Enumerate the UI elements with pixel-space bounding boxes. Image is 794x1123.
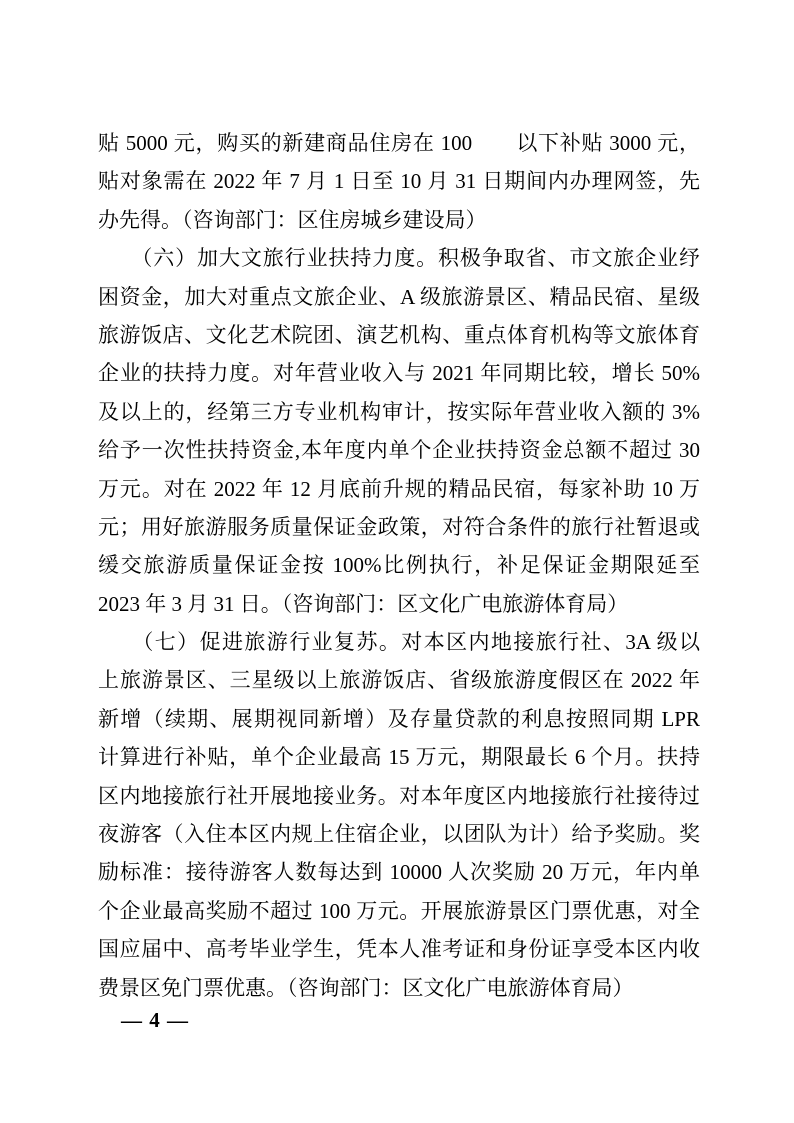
text-line: 上旅游景区、三星级以上旅游饭店、省级旅游度假区在 2022 年 [98,661,700,699]
text-line: 计算进行补贴，单个企业最高 15 万元，期限最长 6 个月。扶持 [98,738,700,776]
text-line: 办先得。（咨询部门：区住房城乡建设局） [98,201,700,239]
text-line: 国应届中、高考毕业学生，凭本人准考证和身份证享受本区内收 [98,930,700,968]
text-line: 区内地接旅行社开展地接业务。对本年度区内地接旅行社接待过 [98,777,700,815]
text-line: 费景区免门票优惠。（咨询部门：区文化广电旅游体育局） [98,969,700,1007]
text-line: 万元。对在 2022 年 12 月底前升规的精品民宿，每家补助 10 万 [98,470,700,508]
text-line: 个企业最高奖励不超过 100 万元。开展旅游景区门票优惠，对全 [98,892,700,930]
text-line: 2023 年 3 月 31 日。（咨询部门：区文化广电旅游体育局） [98,585,700,623]
text-line: 困资金，加大对重点文旅企业、A 级旅游景区、精品民宿、星级 [98,278,700,316]
paragraph: 贴 5000 元，购买的新建商品住房在 100 以下补贴 3000 元，补贴对象… [98,124,700,239]
text-line: 缓交旅游质量保证金按 100%比例执行，补足保证金期限延至 [98,546,700,584]
paragraph: （六）加大文旅行业扶持力度。积极争取省、市文旅企业纾困资金，加大对重点文旅企业、… [98,239,700,623]
text-line: （七）促进旅游行业复苏。对本区内地接旅行社、3A 级以 [98,623,700,661]
text-line: 贴对象需在 2022 年 7 月 1 日至 10 月 31 日期间内办理网签，先 [98,162,700,200]
text-line: 旅游饭店、文化艺术院团、演艺机构、重点体育机构等文旅体育 [98,316,700,354]
text-line: 新增（续期、展期视同新增）及存量贷款的利息按照同期 LPR [98,700,700,738]
paragraph: （七）促进旅游行业复苏。对本区内地接旅行社、3A 级以上旅游景区、三星级以上旅游… [98,623,700,1007]
text-line: 夜游客（入住本区内规上住宿企业，以团队为计）给予奖励。奖 [98,815,700,853]
page-number: — 4 — [121,1006,189,1034]
text-line: 企业的扶持力度。对年营业收入与 2021 年同期比较，增长 50% [98,354,700,392]
text-line: 贴 5000 元，购买的新建商品住房在 100 以下补贴 3000 元，补 [98,124,700,162]
text-line: （六）加大文旅行业扶持力度。积极争取省、市文旅企业纾 [98,239,700,277]
text-line: 励标准：接待游客人数每达到 10000 人次奖励 20 万元，年内单 [98,853,700,891]
text-line: 及以上的，经第三方专业机构审计，按实际年营业收入额的 3% [98,393,700,431]
document-page: 贴 5000 元，购买的新建商品住房在 100 以下补贴 3000 元，补贴对象… [0,0,794,1123]
text-line: 给予一次性扶持资金,本年度内单个企业扶持资金总额不超过 30 [98,431,700,469]
document-body: 贴 5000 元，购买的新建商品住房在 100 以下补贴 3000 元，补贴对象… [98,124,700,1007]
text-line: 元；用好旅游服务质量保证金政策，对符合条件的旅行社暂退或 [98,508,700,546]
